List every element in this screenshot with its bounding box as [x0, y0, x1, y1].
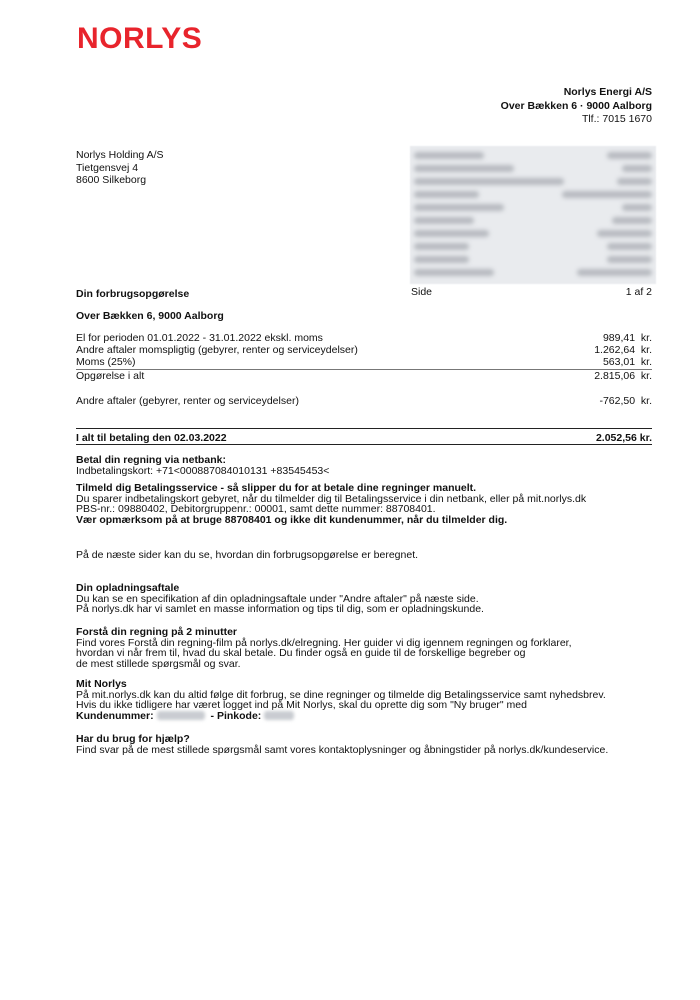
netbank-heading: Betal din regning via netbank:: [76, 455, 666, 466]
subtotal-label: Opgørelse i alt: [76, 370, 144, 382]
understand-heading: Forstå din regning på 2 minutter: [76, 627, 666, 638]
mit-norlys-section: Mit Norlys På mit.norlys.dk kan du altid…: [76, 679, 666, 721]
help-section: Har du brug for hjælp? Find svar på de m…: [76, 734, 666, 755]
betalingsservice-section: Tilmeld dig Betalingsservice - så slippe…: [76, 483, 666, 525]
charging-text: På norlys.dk har vi samlet en masse info…: [76, 604, 666, 615]
line-amount: 989,41 kr.: [603, 332, 652, 344]
betalingsservice-heading: Tilmeld dig Betalingsservice - så slippe…: [76, 483, 666, 494]
charging-heading: Din opladningsaftale: [76, 583, 666, 594]
redacted-customer-number: [157, 711, 205, 720]
statement-address: Over Bækken 6, 9000 Aalborg: [76, 310, 224, 322]
mit-norlys-text: Hvis du ikke tidligere har været logget …: [76, 700, 666, 711]
next-pages-note: På de næste sider kan du se, hvordan din…: [76, 550, 666, 561]
subtotal-line: Opgørelse i alt 2.815,06 kr.: [76, 370, 652, 382]
sender-phone: Tlf.: 7015 1670: [501, 113, 652, 127]
page-number: 1 af 2: [626, 286, 652, 298]
other-label: Andre aftaler (gebyrer, renter og servic…: [76, 395, 299, 407]
sender-street: Over Bækken 6 · 9000 Aalborg: [501, 100, 652, 114]
line-label: El for perioden 01.01.2022 - 31.01.2022 …: [76, 332, 323, 344]
other-agreements-line: Andre aftaler (gebyrer, renter og servic…: [76, 395, 652, 407]
redacted-pin: [264, 711, 294, 720]
line-label: Moms (25%): [76, 356, 136, 368]
norlys-logo: NORLYS: [77, 22, 202, 56]
sender-address: Norlys Energi A/S Over Bækken 6 · 9000 A…: [501, 86, 652, 127]
sender-name: Norlys Energi A/S: [501, 86, 652, 100]
redacted-info-box: [410, 146, 656, 284]
help-text: Find svar på de mest stillede spørgsmål …: [76, 745, 666, 756]
recipient-line: Tietgensvej 4: [76, 162, 164, 175]
credentials-line: Kundenummer: - Pinkode:: [76, 711, 666, 722]
recipient-address: Norlys Holding A/S Tietgensvej 4 8600 Si…: [76, 149, 164, 187]
line-amount: 1.262,64 kr.: [594, 344, 652, 356]
total-amount: 2.052,56 kr.: [596, 432, 652, 444]
understand-section: Forstå din regning på 2 minutter Find vo…: [76, 627, 666, 669]
understand-text: hvordan vi når frem til, hvad du skal be…: [76, 648, 666, 659]
statement-line: Andre aftaler momspligtig (gebyrer, rent…: [76, 344, 652, 356]
charging-section: Din opladningsaftale Du kan se en specif…: [76, 583, 666, 615]
recipient-line: Norlys Holding A/S: [76, 149, 164, 162]
statement-line: Moms (25%) 563,01 kr.: [76, 356, 652, 368]
other-amount: -762,50 kr.: [599, 395, 652, 407]
statement-title: Din forbrugsopgørelse: [76, 288, 189, 300]
mit-norlys-heading: Mit Norlys: [76, 679, 666, 690]
line-amount: 563,01 kr.: [603, 356, 652, 368]
subtotal-amount: 2.815,06 kr.: [594, 370, 652, 382]
total-due-line: I alt til betaling den 02.03.2022 2.052,…: [76, 428, 652, 445]
pin-label: Pinkode:: [217, 710, 261, 722]
recipient-line: 8600 Silkeborg: [76, 174, 164, 187]
credentials-separator: -: [208, 710, 217, 722]
line-label: Andre aftaler momspligtig (gebyrer, rent…: [76, 344, 358, 356]
betalingsservice-notice: Vær opmærksom på at bruge 88708401 og ik…: [76, 515, 666, 526]
help-heading: Har du brug for hjælp?: [76, 734, 666, 745]
betalingsservice-text: PBS-nr.: 09880402, Debitorgruppenr.: 000…: [76, 504, 666, 515]
statement-lines: El for perioden 01.01.2022 - 31.01.2022 …: [76, 332, 652, 407]
payment-card-line: Indbetalingskort: +71<000887084010131 +8…: [76, 466, 666, 477]
statement-line: El for perioden 01.01.2022 - 31.01.2022 …: [76, 332, 652, 344]
understand-text: de mest stillede spørgsmål og svar.: [76, 659, 666, 670]
page-label: Side: [411, 286, 432, 298]
total-label: I alt til betaling den 02.03.2022: [76, 432, 227, 444]
customer-number-label: Kundenummer:: [76, 710, 154, 722]
netbank-section: Betal din regning via netbank: Indbetali…: [76, 455, 666, 476]
